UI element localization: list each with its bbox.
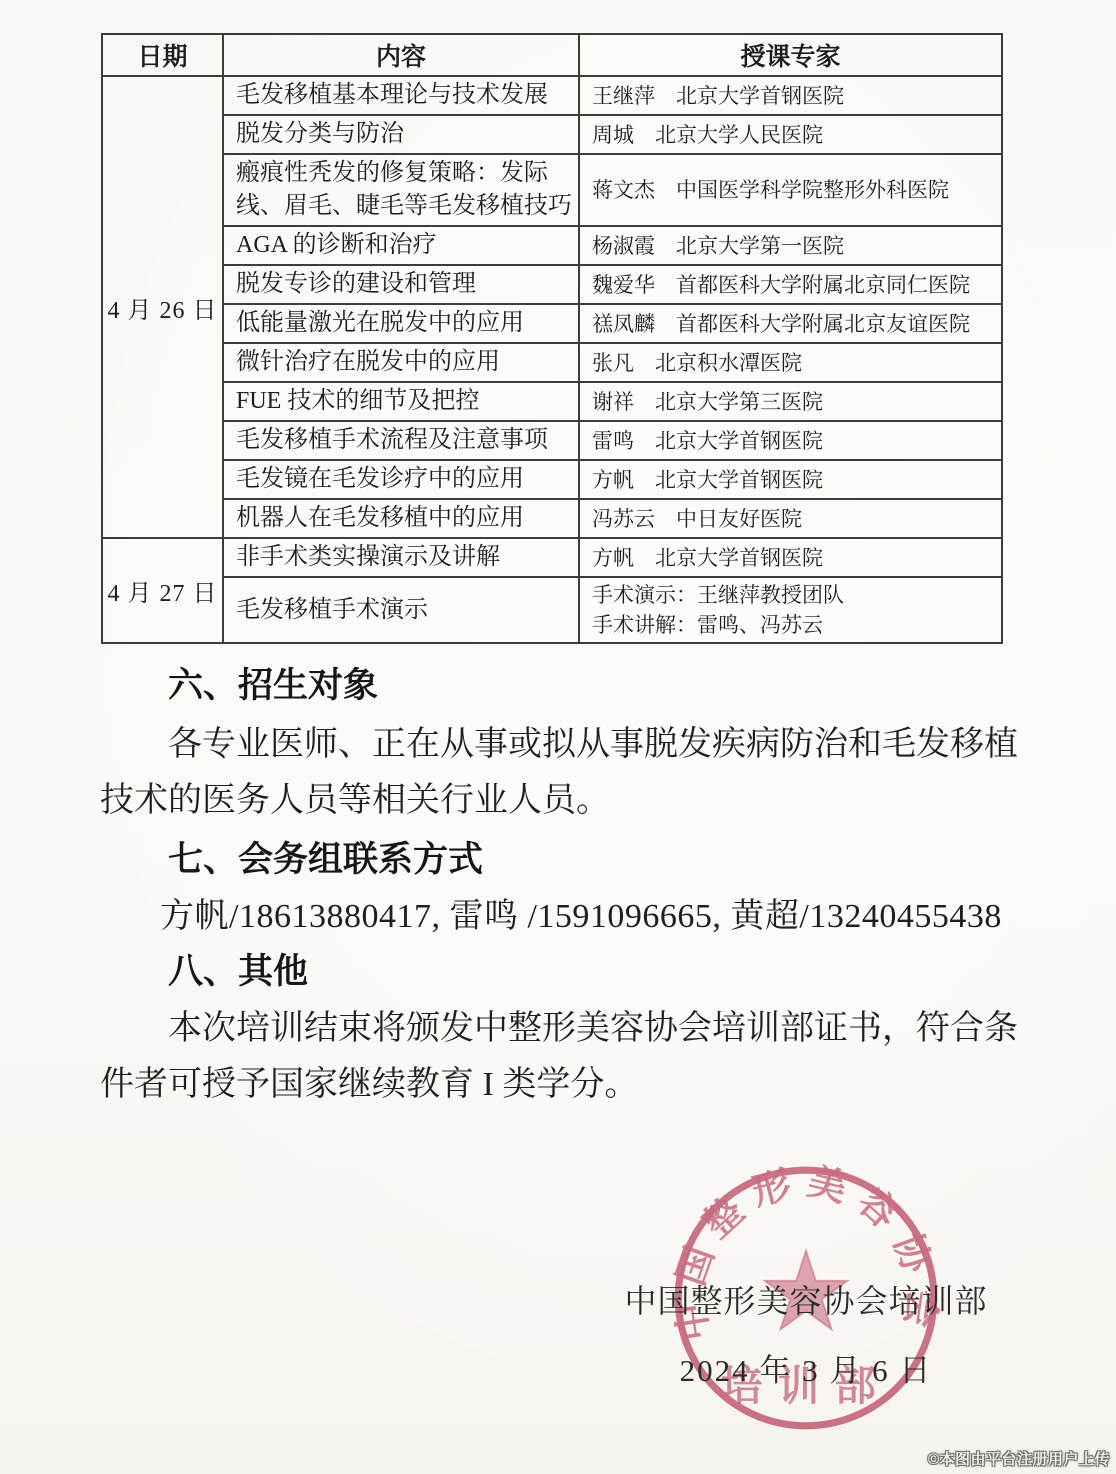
date-cell: 4 月 26 日 — [102, 76, 223, 538]
content-cell: 毛发移植基本理论与技术发展 — [223, 76, 579, 115]
enrollment-paragraph-line-1: 各专业医师、正在从事或拟从事脱发疾病防治和毛发移植 — [168, 716, 1018, 765]
expert-line: 手术讲解：雷鸣、冯苏云 — [592, 610, 999, 640]
expert-cell: 魏爱华 首都医科大学附属北京同仁医院 — [579, 265, 1002, 304]
expert-cell: 杨淑霞 北京大学第一医院 — [579, 226, 1002, 265]
table-row: 毛发移植手术演示手术演示：王继萍教授团队手术讲解：雷鸣、冯苏云 — [102, 577, 1002, 643]
signature-date: 2024 年 3 月 6 日 — [506, 1345, 1106, 1390]
col-header-expert: 授课专家 — [579, 34, 1002, 76]
document-page: 日期 内容 授课专家 4 月 26 日毛发移植基本理论与技术发展王继萍 北京大学… — [0, 0, 1116, 1474]
table-row: 低能量激光在脱发中的应用禚凤麟 首都医科大学附属北京友谊医院 — [102, 304, 1002, 343]
section-heading-contact: 七、会务组联系方式 — [168, 832, 483, 882]
content-cell: 毛发移植手术演示 — [223, 577, 579, 643]
signature-block: 中国整形美容协会培训部 2024 年 3 月 6 日 — [506, 1276, 1106, 1390]
table-row: 毛发移植手术流程及注意事项雷鸣 北京大学首钢医院 — [102, 421, 1002, 460]
table-row: 脱发分类与防治周城 北京大学人民医院 — [102, 115, 1002, 154]
table-row: 毛发镜在毛发诊疗中的应用方帆 北京大学首钢医院 — [102, 460, 1002, 499]
content-cell: AGA 的诊断和治疗 — [223, 226, 579, 265]
content-cell: 非手术类实操演示及讲解 — [223, 538, 579, 577]
expert-cell: 王继萍 北京大学首钢医院 — [579, 76, 1002, 115]
content-cell: 瘢痕性秃发的修复策略：发际线、眉毛、睫毛等毛发移植技巧 — [223, 154, 579, 226]
table-header-row: 日期 内容 授课专家 — [102, 34, 1002, 76]
expert-cell: 蒋文杰 中国医学科学院整形外科医院 — [579, 154, 1002, 226]
contact-phone-line: 方帆/18613880417, 雷鸣 /1591096665, 黄超/13240… — [160, 888, 1002, 937]
col-header-date: 日期 — [102, 34, 223, 76]
content-cell: 脱发专诊的建设和管理 — [223, 265, 579, 304]
expert-cell: 雷鸣 北京大学首钢医院 — [579, 421, 1002, 460]
uploader-watermark: ©本图由平台注册用户上传 — [928, 1448, 1110, 1469]
other-paragraph-line-1: 本次培训结束将颁发中整形美容协会培训部证书，符合条 — [168, 1000, 1018, 1049]
content-cell: 微针治疗在脱发中的应用 — [223, 343, 579, 382]
table-row: FUE 技术的细节及把控谢祥 北京大学第三医院 — [102, 382, 1002, 421]
section-heading-enrollment: 六、招生对象 — [168, 658, 378, 708]
schedule-table: 日期 内容 授课专家 4 月 26 日毛发移植基本理论与技术发展王继萍 北京大学… — [101, 33, 1003, 644]
other-paragraph-line-2: 件者可授予国家继续教育 I 类学分。 — [100, 1056, 638, 1105]
section-heading-other: 八、其他 — [168, 944, 308, 994]
content-cell: 毛发镜在毛发诊疗中的应用 — [223, 460, 579, 499]
expert-line: 手术演示：王继萍教授团队 — [592, 580, 999, 610]
content-cell: FUE 技术的细节及把控 — [223, 382, 579, 421]
expert-cell: 张凡 北京积水潭医院 — [579, 343, 1002, 382]
table-row: 4 月 27 日非手术类实操演示及讲解方帆 北京大学首钢医院 — [102, 538, 1002, 577]
table-row: 4 月 26 日毛发移植基本理论与技术发展王继萍 北京大学首钢医院 — [102, 76, 1002, 115]
content-cell: 毛发移植手术流程及注意事项 — [223, 421, 579, 460]
expert-cell: 方帆 北京大学首钢医院 — [579, 538, 1002, 577]
expert-cell: 周城 北京大学人民医院 — [579, 115, 1002, 154]
table-row: 机器人在毛发移植中的应用冯苏云 中日友好医院 — [102, 499, 1002, 538]
expert-cell: 谢祥 北京大学第三医院 — [579, 382, 1002, 421]
table-row: 瘢痕性秃发的修复策略：发际线、眉毛、睫毛等毛发移植技巧蒋文杰 中国医学科学院整形… — [102, 154, 1002, 226]
date-cell: 4 月 27 日 — [102, 538, 223, 643]
signature-organization: 中国整形美容协会培训部 — [506, 1276, 1106, 1322]
expert-cell: 方帆 北京大学首钢医院 — [579, 460, 1002, 499]
expert-cell: 冯苏云 中日友好医院 — [579, 499, 1002, 538]
expert-cell: 手术演示：王继萍教授团队手术讲解：雷鸣、冯苏云 — [579, 577, 1002, 643]
enrollment-paragraph-line-2: 技术的医务人员等相关行业人员。 — [100, 772, 610, 821]
content-cell: 机器人在毛发移植中的应用 — [223, 499, 579, 538]
col-header-content: 内容 — [223, 34, 579, 76]
table-row: AGA 的诊断和治疗杨淑霞 北京大学第一医院 — [102, 226, 1002, 265]
table-row: 脱发专诊的建设和管理魏爱华 首都医科大学附属北京同仁医院 — [102, 265, 1002, 304]
content-cell: 低能量激光在脱发中的应用 — [223, 304, 579, 343]
expert-cell: 禚凤麟 首都医科大学附属北京友谊医院 — [579, 304, 1002, 343]
table-row: 微针治疗在脱发中的应用张凡 北京积水潭医院 — [102, 343, 1002, 382]
content-cell: 脱发分类与防治 — [223, 115, 579, 154]
